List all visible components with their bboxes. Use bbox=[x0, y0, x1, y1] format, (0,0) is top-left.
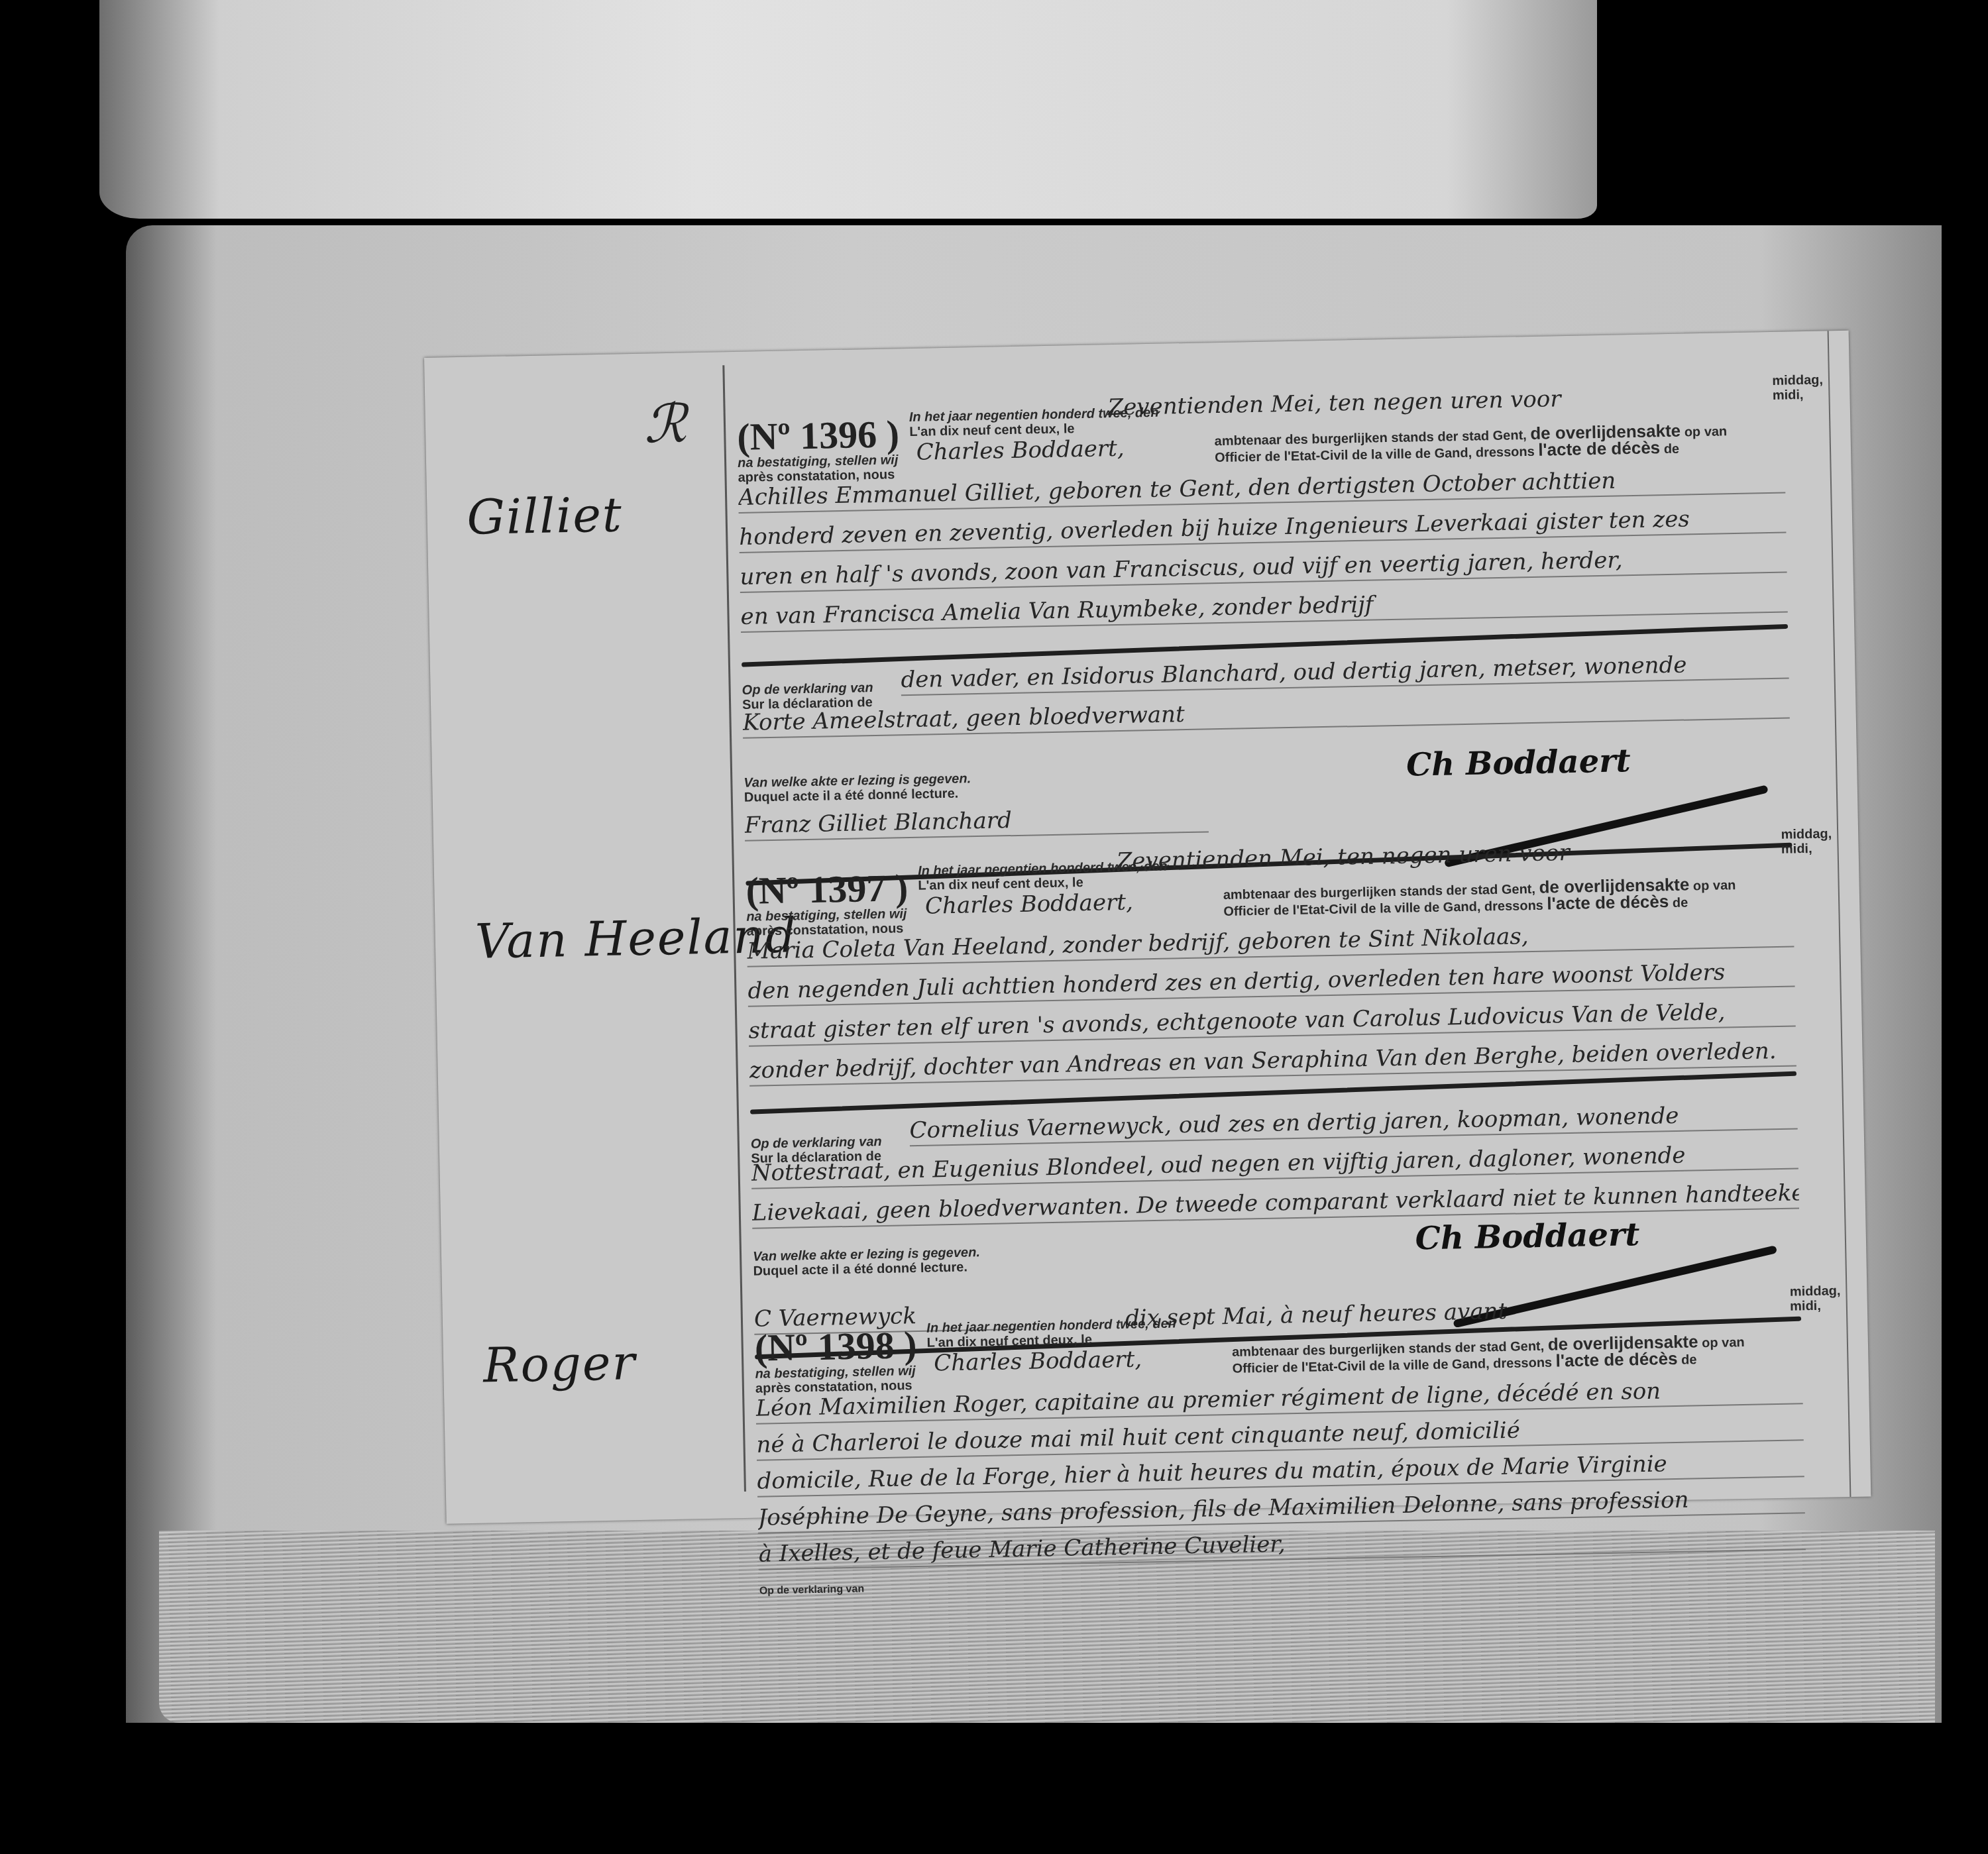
entry-number: (Nº 1398 ) bbox=[754, 1323, 917, 1370]
body-line: uren en half 's avonds, zoon van Francis… bbox=[740, 544, 1787, 593]
body-line: straat gister ten elf uren 's avonds, ec… bbox=[748, 997, 1796, 1046]
witness-signatures: Franz Gilliet Blanchard bbox=[744, 803, 1209, 841]
date-handwritten: dix sept Mai, à neuf heures avant bbox=[1125, 1298, 1508, 1332]
reading-label: Van welke akte er lezing is gegeven.Duqu… bbox=[744, 771, 971, 805]
official-printed: ambtenaar des burgerlijken stands der st… bbox=[1214, 422, 1728, 465]
right-rule bbox=[1828, 331, 1851, 1497]
declaration-label: Op de verklaring van bbox=[759, 1582, 865, 1599]
midday-label: middag,midi, bbox=[1772, 372, 1824, 402]
margin-name-1398: Roger bbox=[482, 1335, 636, 1393]
official-name: Charles Boddaert, bbox=[925, 889, 1134, 920]
body-line: honderd zeven en zeventig, overleden bij… bbox=[739, 504, 1787, 553]
official-signature: Ch Boddaert bbox=[1406, 742, 1631, 783]
official-signature: Ch Boddaert bbox=[1415, 1216, 1640, 1257]
nabest-label: na bestatiging, stellen wijaprès constat… bbox=[755, 1364, 916, 1396]
declaration-line: Nottestraat, en Eugenius Blondeel, oud n… bbox=[751, 1140, 1798, 1189]
date-handwritten: Zeventienden Mei, ten negen uren voor bbox=[1116, 840, 1570, 875]
official-name: Charles Boddaert, bbox=[934, 1346, 1142, 1376]
entry-number: (Nº 1396 ) bbox=[737, 411, 900, 459]
paraph-mark: ℛ bbox=[643, 392, 687, 455]
nabest-label: na bestatiging, stellen wijaprès constat… bbox=[746, 906, 907, 939]
midday-label: middag,midi, bbox=[1781, 826, 1832, 856]
declaration-line: Lievekaai, geen bloedverwanten. De tweed… bbox=[751, 1179, 1799, 1228]
entry-1396: (Nº 1396 ) In het jaar negentien honderd… bbox=[737, 394, 1824, 414]
body-line: en van Francisca Amelia Van Ruymbeke, zo… bbox=[740, 584, 1788, 633]
official-printed: ambtenaar des burgerlijken stands der st… bbox=[1223, 876, 1737, 919]
entry-number: (Nº 1397 ) bbox=[745, 865, 909, 913]
facing-page-edge bbox=[99, 0, 1597, 219]
official-printed: ambtenaar des burgerlijken stands der st… bbox=[1232, 1333, 1745, 1376]
midday-label: middag,midi, bbox=[1790, 1283, 1842, 1313]
declaration-line: den vader, en Isidorus Blanchard, oud de… bbox=[901, 650, 1789, 696]
reading-label: Van welke akte er lezing is gegeven.Duqu… bbox=[753, 1245, 981, 1279]
declaration-line: Cornelius Vaernewyck, oud zes en dertig … bbox=[909, 1100, 1798, 1146]
date-handwritten: Zeventienden Mei, ten negen uren voor bbox=[1107, 386, 1561, 421]
register-sheet: ℛ Gilliet Van Heeland Roger (Nº 1396 ) I… bbox=[424, 331, 1871, 1524]
margin-name-1396: Gilliet bbox=[467, 486, 624, 545]
body-line: den negenden Juli achttien honderd zes e… bbox=[747, 957, 1795, 1007]
official-name: Charles Boddaert, bbox=[916, 435, 1125, 466]
declaration-line: Korte Ameelstraat, geen bloedverwant bbox=[742, 690, 1790, 739]
nabest-label: na bestatiging, stellen wijaprès constat… bbox=[738, 453, 899, 485]
